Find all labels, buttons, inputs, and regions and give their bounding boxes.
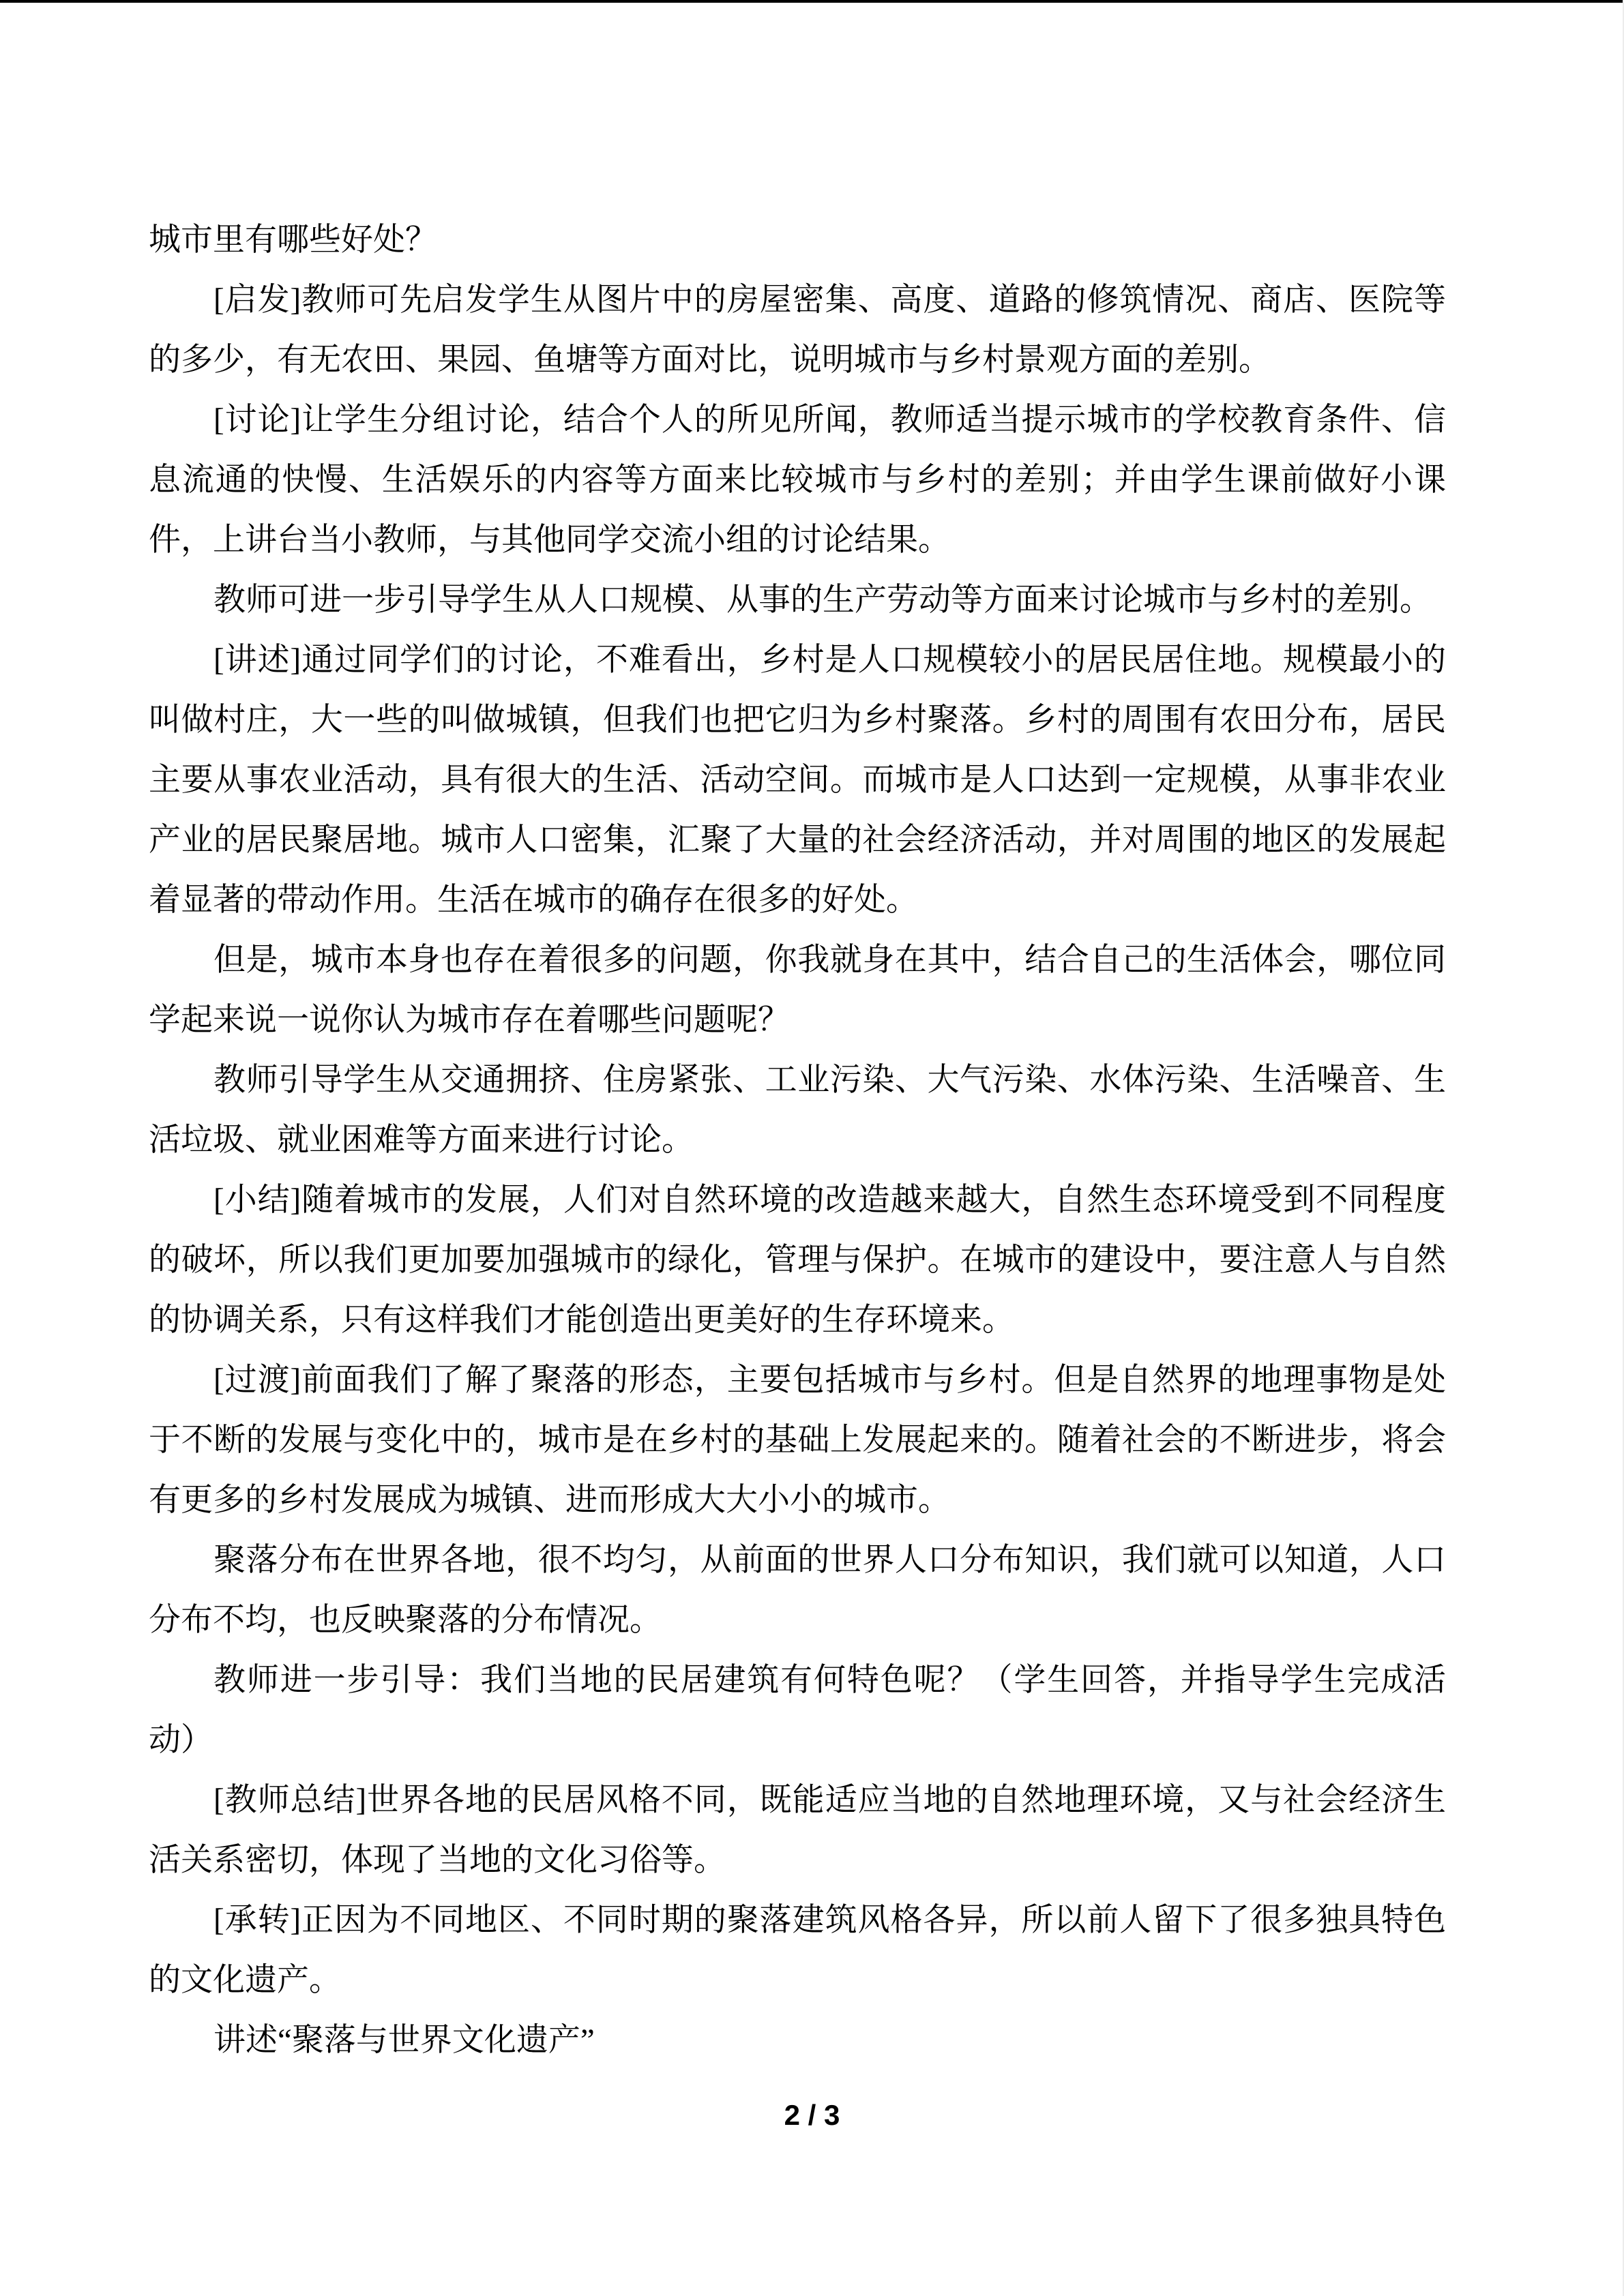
- text-line: 有更多的乡村发展成为城镇、进而形成大大小小的城市。: [149, 1470, 1446, 1530]
- text-line: 教师引导学生从交通拥挤、住房紧张、工业污染、大气污染、水体污染、生活噪音、生: [149, 1050, 1446, 1110]
- text-line: 活关系密切，体现了当地的文化习俗等。: [149, 1830, 1446, 1890]
- text-line: [过渡]前面我们了解了聚落的形态，主要包括城市与乡村。但是自然界的地理事物是处: [149, 1350, 1446, 1410]
- lesson-plan-text: 城市里有哪些好处？ [启发]教师可先启发学生从图片中的房屋密集、高度、道路的修筑…: [149, 210, 1446, 2070]
- text-line: 叫做村庄，大一些的叫做城镇，但我们也把它归为乡村聚落。乡村的周围有农田分布，居民: [149, 690, 1446, 750]
- text-line: 教师可进一步引导学生从人口规模、从事的生产劳动等方面来讨论城市与乡村的差别。: [149, 570, 1446, 630]
- document-page: 城市里有哪些好处？ [启发]教师可先启发学生从图片中的房屋密集、高度、道路的修筑…: [0, 0, 1624, 2296]
- text-line: 产业的居民聚居地。城市人口密集，汇聚了大量的社会经济活动，并对周围的地区的发展起: [149, 810, 1446, 870]
- text-line: 件，上讲台当小教师，与其他同学交流小组的讨论结果。: [149, 510, 1446, 570]
- text-line: 的破坏，所以我们更加要加强城市的绿化，管理与保护。在城市的建设中，要注意人与自然: [149, 1230, 1446, 1290]
- text-line: 聚落分布在世界各地，很不均匀，从前面的世界人口分布知识，我们就可以知道，人口: [149, 1530, 1446, 1590]
- text-line: 教师进一步引导：我们当地的民居建筑有何特色呢？（学生回答，并指导学生完成活: [149, 1650, 1446, 1710]
- text-line: 着显著的带动作用。生活在城市的确存在很多的好处。: [149, 870, 1446, 930]
- text-line: 动）: [149, 1710, 1446, 1770]
- text-line: 主要从事农业活动，具有很大的生活、活动空间。而城市是人口达到一定规模，从事非农业: [149, 750, 1446, 810]
- text-line: [讨论]让学生分组讨论，结合个人的所见所闻，教师适当提示城市的学校教育条件、信: [149, 390, 1446, 450]
- text-line: [小结]随着城市的发展，人们对自然环境的改造越来越大，自然生态环境受到不同程度: [149, 1170, 1446, 1230]
- text-line: 学起来说一说你认为城市存在着哪些问题呢？: [149, 990, 1446, 1050]
- text-line: 的文化遗产。: [149, 1950, 1446, 2010]
- text-line: 讲述“聚落与世界文化遗产”: [149, 2010, 1446, 2070]
- text-line: 的多少，有无农田、果园、鱼塘等方面对比，说明城市与乡村景观方面的差别。: [149, 330, 1446, 390]
- text-line: [教师总结]世界各地的民居风格不同，既能适应当地的自然地理环境，又与社会经济生: [149, 1770, 1446, 1830]
- text-line: 分布不均，也反映聚落的分布情况。: [149, 1590, 1446, 1650]
- text-line: [讲述]通过同学们的讨论，不难看出，乡村是人口规模较小的居民居住地。规模最小的: [149, 630, 1446, 690]
- text-line: 但是，城市本身也存在着很多的问题，你我就身在其中，结合自己的生活体会，哪位同: [149, 930, 1446, 990]
- page-number: 2 / 3: [0, 2100, 1624, 2130]
- text-line: 城市里有哪些好处？: [149, 210, 1446, 270]
- text-line: 的协调关系，只有这样我们才能创造出更美好的生存环境来。: [149, 1290, 1446, 1350]
- text-line: 息流通的快慢、生活娱乐的内容等方面来比较城市与乡村的差别；并由学生课前做好小课: [149, 450, 1446, 510]
- page-top-border: [0, 0, 1624, 3]
- text-line: [承转]正因为不同地区、不同时期的聚落建筑风格各异，所以前人留下了很多独具特色: [149, 1890, 1446, 1950]
- text-line: 于不断的发展与变化中的，城市是在乡村的基础上发展起来的。随着社会的不断进步，将会: [149, 1410, 1446, 1470]
- text-line: 活垃圾、就业困难等方面来进行讨论。: [149, 1110, 1446, 1170]
- text-line: [启发]教师可先启发学生从图片中的房屋密集、高度、道路的修筑情况、商店、医院等: [149, 270, 1446, 330]
